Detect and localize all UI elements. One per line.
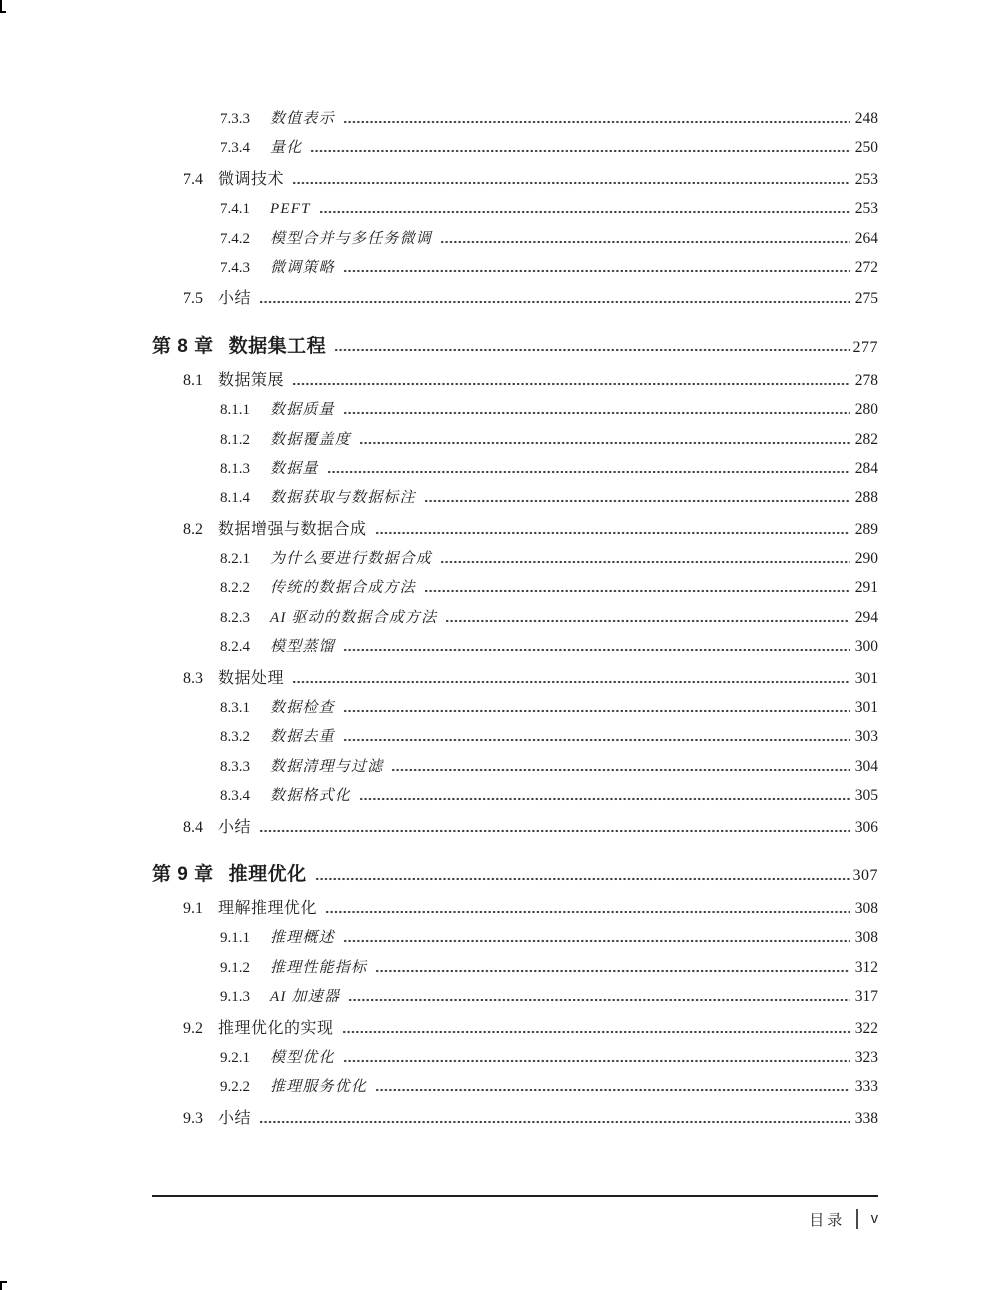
entry-number: 7.4 — [183, 165, 218, 194]
entry-page: 322 — [852, 1014, 878, 1043]
entry-number: 8.2.1 — [220, 545, 270, 574]
toc-entry: 8.2.1为什么要进行数据合成290 — [152, 544, 878, 573]
toc-entry: 8.3.3数据清理与过滤304 — [152, 752, 878, 781]
entry-number: 7.4.2 — [220, 225, 270, 254]
entry-page: 290 — [852, 544, 878, 573]
entry-title: 模型蒸馏 — [270, 633, 335, 662]
entry-title: AI 加速器 — [270, 983, 340, 1012]
leader-dots — [440, 544, 850, 573]
page-footer: 目录 v — [152, 1204, 878, 1234]
entry-title: 小结 — [218, 284, 251, 313]
toc-entry: 7.4.2模型合并与多任务微调264 — [152, 224, 878, 253]
entry-page: 300 — [852, 632, 878, 661]
entry-title: 推理概述 — [270, 924, 335, 953]
entry-page: 305 — [852, 781, 878, 810]
entry-page: 250 — [852, 133, 878, 162]
leader-dots — [375, 953, 850, 982]
entry-page: 304 — [852, 752, 878, 781]
entry-number: 7.3.4 — [220, 134, 270, 163]
entry-number: 7.4.3 — [220, 254, 270, 283]
entry-number: 7.5 — [183, 284, 218, 313]
leader-dots — [343, 632, 850, 661]
entry-number: 9.3 — [183, 1104, 218, 1133]
leader-dots — [348, 982, 850, 1011]
leader-dots — [359, 781, 850, 810]
entry-title: 数据增强与数据合成 — [218, 515, 367, 544]
entry-number: 8.3.1 — [220, 694, 270, 723]
leader-dots — [259, 1104, 850, 1133]
entry-number: 8.2.4 — [220, 633, 270, 662]
leader-dots — [315, 858, 850, 892]
footer-section-label: 目录 — [809, 1209, 845, 1230]
toc-entry: 7.3.3数值表示248 — [152, 104, 878, 133]
leader-dots — [292, 366, 850, 395]
entry-title: PEFT — [270, 195, 311, 224]
entry-title: 模型合并与多任务微调 — [270, 225, 432, 254]
entry-page: 280 — [852, 395, 878, 424]
entry-page: 308 — [852, 923, 878, 952]
entry-title: 数值表示 — [270, 105, 335, 134]
entry-number: 8.1.4 — [220, 484, 270, 513]
entry-page: 307 — [852, 859, 878, 893]
toc-entry: 8.1.4数据获取与数据标注288 — [152, 483, 878, 512]
leader-dots — [319, 194, 850, 223]
leader-dots — [292, 664, 850, 693]
toc-entry: 8.1.1数据质量280 — [152, 395, 878, 424]
entry-title: 数据去重 — [270, 723, 335, 752]
leader-dots — [343, 253, 850, 282]
entry-page: 301 — [852, 664, 878, 693]
toc-entry: 8.1.3数据量284 — [152, 454, 878, 483]
entry-title: 微调技术 — [218, 165, 284, 194]
entry-page: 275 — [852, 284, 878, 313]
entry-title: 为什么要进行数据合成 — [270, 545, 432, 574]
leader-dots — [424, 573, 850, 602]
entry-number: 8.3 — [183, 664, 218, 693]
entry-page: 288 — [852, 483, 878, 512]
toc-entry: 9.1.2推理性能指标312 — [152, 953, 878, 982]
toc-entry: 8.1.2数据覆盖度282 — [152, 425, 878, 454]
entry-title: 推理优化 — [229, 858, 307, 892]
entry-number: 第 9 章 — [152, 858, 214, 892]
entry-title: 数据质量 — [270, 396, 335, 425]
toc-entry: 8.2数据增强与数据合成289 — [152, 515, 878, 544]
toc-entry: 9.1.1推理概述308 — [152, 923, 878, 952]
entry-number: 9.1.2 — [220, 954, 270, 983]
entry-number: 9.1 — [183, 894, 218, 923]
entry-number: 第 8 章 — [152, 330, 214, 364]
leader-dots — [391, 752, 850, 781]
entry-number: 8.2.2 — [220, 574, 270, 603]
entry-title: 数据覆盖度 — [270, 426, 351, 455]
entry-number: 8.1 — [183, 366, 218, 395]
toc-entry: 8.2.3AI 驱动的数据合成方法294 — [152, 603, 878, 632]
toc-entry: 7.4.1PEFT253 — [152, 194, 878, 223]
entry-page: 278 — [852, 366, 878, 395]
entry-number: 9.1.1 — [220, 924, 270, 953]
entry-page: 308 — [852, 894, 878, 923]
toc-entry: 9.3小结338 — [152, 1104, 878, 1133]
entry-page: 312 — [852, 953, 878, 982]
toc-entry: 9.2推理优化的实现322 — [152, 1014, 878, 1043]
leader-dots — [343, 104, 850, 133]
entry-title: 数据集工程 — [229, 330, 327, 364]
toc-entry: 7.4微调技术253 — [152, 165, 878, 194]
entry-number: 9.2.2 — [220, 1073, 270, 1102]
leader-dots — [259, 813, 850, 842]
leader-dots — [342, 1014, 850, 1043]
entry-page: 248 — [852, 104, 878, 133]
entry-page: 301 — [852, 693, 878, 722]
toc-entry: 9.1.3AI 加速器317 — [152, 982, 878, 1011]
toc-entry: 9.2.2推理服务优化333 — [152, 1072, 878, 1101]
leader-dots — [375, 515, 850, 544]
leader-dots — [440, 224, 850, 253]
leader-dots — [327, 454, 850, 483]
entry-number: 8.1.3 — [220, 455, 270, 484]
entry-number: 8.2.3 — [220, 604, 270, 633]
toc-entry: 8.3.2数据去重303 — [152, 722, 878, 751]
toc-entry: 7.4.3微调策略272 — [152, 253, 878, 282]
toc-entry: 8.2.4模型蒸馏300 — [152, 632, 878, 661]
entry-number: 8.2 — [183, 515, 218, 544]
entry-page: 253 — [852, 165, 878, 194]
entry-title: 数据获取与数据标注 — [270, 484, 416, 513]
toc-entry: 8.1数据策展278 — [152, 366, 878, 395]
entry-number: 7.3.3 — [220, 105, 270, 134]
entry-number: 7.4.1 — [220, 195, 270, 224]
entry-page: 294 — [852, 603, 878, 632]
entry-title: 模型优化 — [270, 1044, 335, 1073]
entry-title: 传统的数据合成方法 — [270, 574, 416, 603]
leader-dots — [310, 133, 850, 162]
entry-title: 理解推理优化 — [218, 894, 317, 923]
entry-title: 推理优化的实现 — [218, 1014, 334, 1043]
entry-title: 数据量 — [270, 455, 319, 484]
entry-number: 8.1.1 — [220, 396, 270, 425]
entry-page: 306 — [852, 813, 878, 842]
entry-page: 291 — [852, 573, 878, 602]
entry-page: 277 — [852, 331, 878, 365]
leader-dots — [445, 603, 850, 632]
toc-entry: 7.5小结275 — [152, 284, 878, 313]
toc-entry: 8.4小结306 — [152, 813, 878, 842]
leader-dots — [334, 330, 850, 364]
leader-dots — [424, 483, 850, 512]
toc-entry: 8.3.1数据检查301 — [152, 693, 878, 722]
entry-page: 333 — [852, 1072, 878, 1101]
toc-entry: 7.3.4量化250 — [152, 133, 878, 162]
entry-number: 9.2 — [183, 1014, 218, 1043]
entry-title: 推理服务优化 — [270, 1073, 367, 1102]
leader-dots — [343, 1043, 850, 1072]
entry-page: 303 — [852, 722, 878, 751]
entry-page: 317 — [852, 982, 878, 1011]
entry-title: 数据策展 — [218, 366, 284, 395]
toc-entry: 8.3.4数据格式化305 — [152, 781, 878, 810]
entry-page: 272 — [852, 253, 878, 282]
toc-list: 7.3.3数值表示2487.3.4量化2507.4微调技术2537.4.1PEF… — [152, 104, 878, 1133]
leader-dots — [292, 165, 850, 194]
leader-dots — [325, 894, 850, 923]
entry-title: AI 驱动的数据合成方法 — [270, 604, 437, 633]
entry-title: 推理性能指标 — [270, 954, 367, 983]
entry-title: 数据检查 — [270, 694, 335, 723]
entry-title: 数据清理与过滤 — [270, 753, 383, 782]
leader-dots — [343, 722, 850, 751]
entry-title: 数据格式化 — [270, 782, 351, 811]
leader-dots — [343, 395, 850, 424]
entry-number: 8.3.2 — [220, 723, 270, 752]
footer-rule — [152, 1195, 878, 1197]
footer-page-number: v — [871, 1211, 878, 1227]
leader-dots — [259, 284, 850, 313]
toc-entry: 8.3数据处理301 — [152, 664, 878, 693]
entry-number: 8.3.4 — [220, 782, 270, 811]
footer-divider — [856, 1209, 858, 1229]
leader-dots — [343, 693, 850, 722]
crop-mark-top-left — [0, 0, 6, 13]
entry-page: 289 — [852, 515, 878, 544]
entry-number: 8.1.2 — [220, 426, 270, 455]
crop-mark-bottom-left — [0, 1281, 7, 1290]
leader-dots — [375, 1072, 850, 1101]
leader-dots — [359, 425, 850, 454]
entry-number: 8.4 — [183, 813, 218, 842]
toc-entry: 9.1理解推理优化308 — [152, 894, 878, 923]
entry-page: 264 — [852, 224, 878, 253]
entry-title: 小结 — [218, 1104, 251, 1133]
entry-page: 282 — [852, 425, 878, 454]
entry-number: 8.3.3 — [220, 753, 270, 782]
entry-title: 小结 — [218, 813, 251, 842]
entry-title: 数据处理 — [218, 664, 284, 693]
entry-page: 323 — [852, 1043, 878, 1072]
toc-entry: 第 9 章推理优化307 — [152, 858, 878, 892]
toc-entry: 9.2.1模型优化323 — [152, 1043, 878, 1072]
toc-entry: 第 8 章数据集工程277 — [152, 330, 878, 364]
entry-page: 338 — [852, 1104, 878, 1133]
entry-title: 量化 — [270, 134, 302, 163]
entry-page: 253 — [852, 194, 878, 223]
entry-title: 微调策略 — [270, 254, 335, 283]
entry-number: 9.1.3 — [220, 983, 270, 1012]
leader-dots — [343, 923, 850, 952]
toc-entry: 8.2.2传统的数据合成方法291 — [152, 573, 878, 602]
entry-number: 9.2.1 — [220, 1044, 270, 1073]
entry-page: 284 — [852, 454, 878, 483]
